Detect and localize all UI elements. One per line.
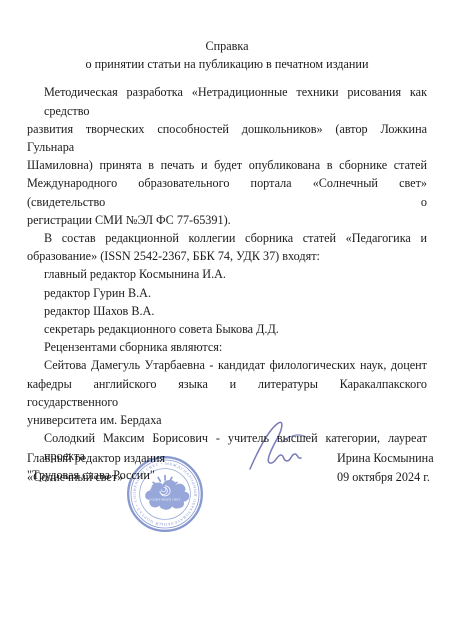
editorial-board-list: главный редактор Космынина И.А. редактор… (27, 265, 427, 338)
document-subtitle: о принятии статьи на публикацию в печатн… (27, 55, 427, 73)
sun-cloud-logo-icon: СОЛНЕЧНЫЙ СВЕТ (145, 476, 189, 510)
editor-item: секретарь редакционного совета Быкова Д.… (27, 320, 427, 338)
paragraph-line: кафедры английского языка и литературы К… (27, 375, 427, 411)
paragraph-line: В состав редакционной коллегии сборника … (27, 229, 427, 247)
paragraph-line: Шамиловна) принята в печать и будет опуб… (27, 156, 427, 174)
reviewers-heading: Рецензентами сборника являются: (27, 338, 427, 356)
signer-name-block: Ирина Космынина 09 октября 2024 г. (337, 449, 434, 487)
paragraph-acceptance: Методическая разработка «Нетрадиционные … (27, 83, 427, 229)
paragraph-line: университета им. Бердаха (27, 411, 427, 429)
paragraph-line: Международного образовательного портала … (27, 174, 427, 210)
round-stamp-image: МЕЖДУНАРОДНЫЙ ОБРАЗОВАТЕЛЬНЫЙ ПОРТАЛ • С… (126, 455, 204, 533)
paragraph-line: образование» (ISSN 2542-2367, ББК 74, УД… (27, 247, 427, 265)
editor-item: главный редактор Космынина И.А. (27, 265, 427, 283)
paragraph-line: развития творческих способностей дошколь… (27, 120, 427, 156)
stamp-center-text: СОЛНЕЧНЫЙ СВЕТ (149, 497, 181, 502)
paragraph-line: Методическая разработка «Нетрадиционные … (27, 83, 427, 119)
signer-name: Ирина Космынина (337, 449, 434, 468)
reviewer-entry-1: Сейтова Дамегуль Утарбаевна - кандидат ф… (27, 356, 427, 429)
document-title: Справка (27, 37, 427, 55)
signature-date: 09 октября 2024 г. (337, 468, 434, 487)
certificate-page: Справка о принятии статьи на публикацию … (0, 0, 453, 640)
handwritten-signature-image (245, 418, 309, 474)
paragraph-line: Сейтова Дамегуль Утарбаевна - кандидат ф… (27, 356, 427, 374)
editor-item: редактор Гурин В.А. (27, 284, 427, 302)
paragraph-line: регистрации СМИ №ЭЛ ФС 77-65391). (27, 211, 427, 229)
paragraph-editorial-board: В состав редакционной коллегии сборника … (27, 229, 427, 265)
editor-item: редактор Шахов В.А. (27, 302, 427, 320)
